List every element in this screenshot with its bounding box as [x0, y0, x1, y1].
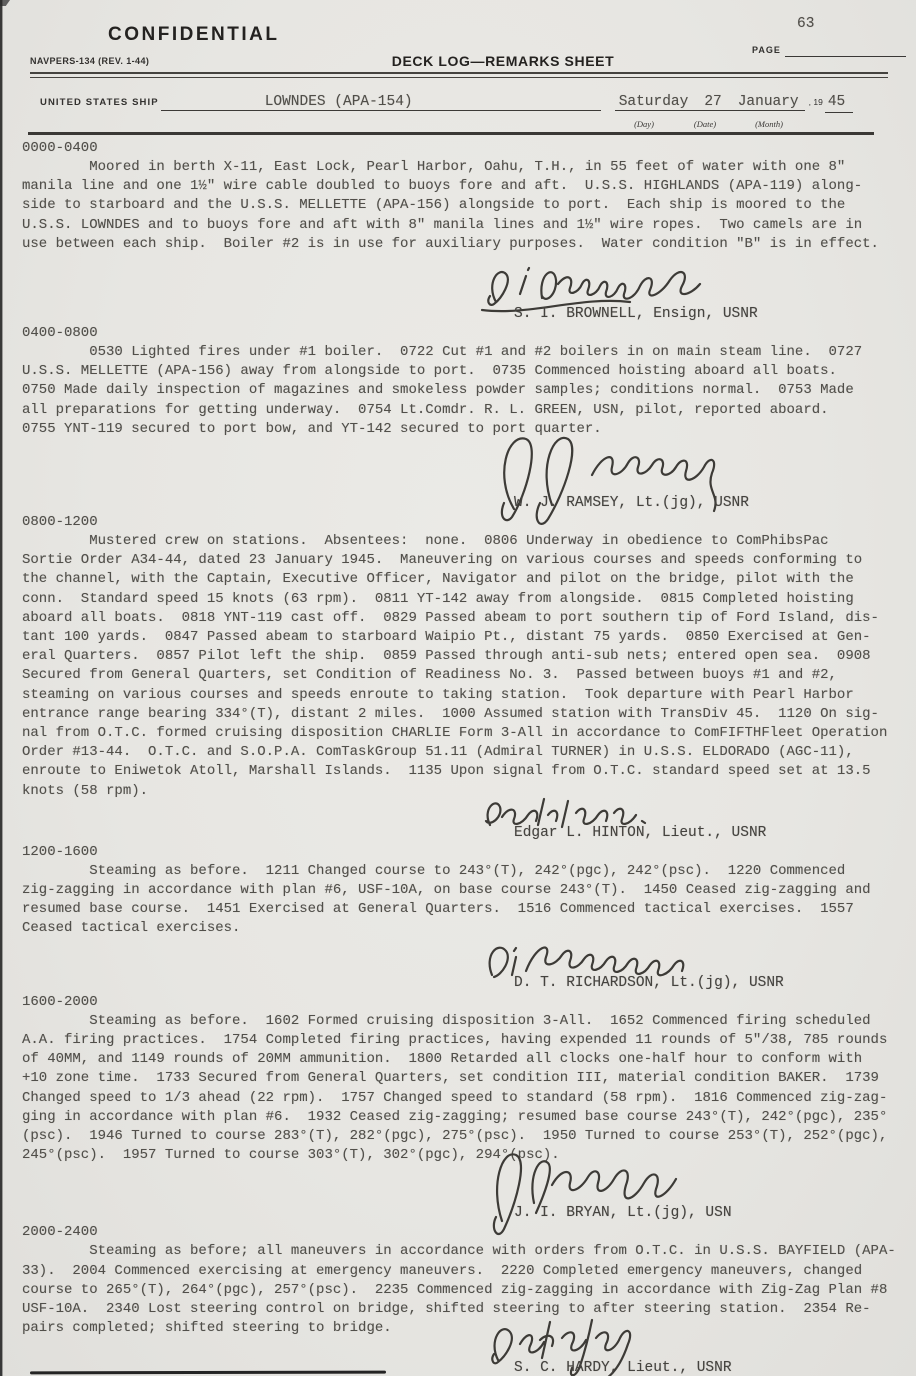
log-entry-2000-2400: 2000-2400 Steaming as before; all maneuv…	[22, 1223, 910, 1376]
signer-name: W. J. RAMSEY, Lt.(jg), USNR	[514, 495, 749, 511]
watch-period: 2000-2400	[22, 1223, 910, 1242]
signer-name: D. T. RICHARDSON, Lt.(jg), USNR	[514, 975, 784, 991]
scan-corner-artifact	[0, 0, 10, 6]
watch-period: 1200-1600	[22, 843, 910, 862]
date-number: 27	[704, 94, 721, 110]
date-caption-row: (Day)(Date)(Month)	[612, 119, 842, 129]
ship-date-row: UNITED STATES SHIP LOWNDES (APA-154) Sat…	[40, 92, 890, 113]
page-number: 63	[797, 16, 814, 32]
month-caption: (Month)	[734, 119, 804, 129]
signer-name: S. I. BROWNELL, Ensign, USNR	[514, 306, 758, 322]
watch-period: 0000-0400	[22, 139, 910, 158]
date-caption: (Date)	[676, 119, 734, 129]
log-entry-0800-1200: 0800-1200 Mustered crew on stations. Abs…	[22, 513, 910, 843]
body-top-rule	[28, 132, 874, 135]
entry-text: Steaming as before. 1602 Formed cruising…	[22, 1012, 910, 1166]
log-entry-0400-0800: 0400-0800 0530 Lighted fires under #1 bo…	[22, 324, 910, 513]
deck-log-remarks-sheet: CONFIDENTIAL 63 PAGE NAVPERS-134 (REV. 1…	[0, 0, 916, 1376]
date-group: Saturday27January , 19 45	[615, 92, 854, 113]
log-entry-1200-1600: 1200-1600 Steaming as before. 1211 Chang…	[22, 843, 910, 993]
day-caption: (Day)	[612, 119, 676, 129]
classification-stamp: CONFIDENTIAL	[108, 24, 279, 46]
date-underline: Saturday27January	[615, 92, 805, 111]
log-entries: 0000-0400 Moored in berth X-11, East Loc…	[22, 139, 910, 1376]
ship-name-line: LOWNDES (APA-154)	[161, 92, 601, 111]
signer-name: Edgar L. HINTON, Lieut., USNR	[514, 825, 766, 841]
year-prefix: , 19	[809, 97, 823, 107]
watch-period: 0800-1200	[22, 513, 910, 532]
entry-text: Steaming as before; all maneuvers in acc…	[22, 1242, 910, 1338]
entry-text: Moored in berth X-11, East Lock, Pearl H…	[22, 158, 910, 254]
watch-period: 1600-2000	[22, 993, 910, 1012]
ship-name: LOWNDES (APA-154)	[161, 94, 413, 110]
date-day: Saturday	[619, 94, 689, 110]
signature-block: Edgar L. HINTON, Lieut., USNR	[480, 801, 910, 843]
signature-block: S. C. HARDY, Lieut., USNR	[480, 1338, 910, 1376]
sheet-title: DECK LOG—REMARKS SHEET	[90, 53, 916, 69]
log-entry-1600-2000: 1600-2000 Steaming as before. 1602 Forme…	[22, 993, 910, 1224]
signer-name: J. I. BRYAN, Lt.(jg), USN	[514, 1205, 732, 1221]
signature-block: D. T. RICHARDSON, Lt.(jg), USNR	[480, 939, 910, 993]
header-double-rule	[30, 72, 888, 78]
signer-name: S. C. HARDY, Lieut., USNR	[514, 1360, 732, 1376]
signature-block: J. I. BRYAN, Lt.(jg), USN	[480, 1165, 910, 1223]
watch-period: 0400-0800	[22, 324, 910, 343]
log-entry-0000-0400: 0000-0400 Moored in berth X-11, East Loc…	[22, 139, 910, 324]
year-value: 45	[825, 94, 853, 113]
ship-label: UNITED STATES SHIP	[40, 97, 159, 108]
entry-text: 0530 Lighted fires under #1 boiler. 0722…	[22, 343, 910, 439]
signature-block: S. I. BROWNELL, Ensign, USNR	[480, 254, 910, 324]
entry-text: Steaming as before. 1211 Changed course …	[22, 862, 910, 939]
scan-left-edge-artifact	[0, 0, 3, 1376]
signature-block: W. J. RAMSEY, Lt.(jg), USNR	[480, 439, 910, 513]
date-month: January	[738, 94, 799, 110]
entry-text: Mustered crew on stations. Absentees: no…	[22, 532, 910, 801]
